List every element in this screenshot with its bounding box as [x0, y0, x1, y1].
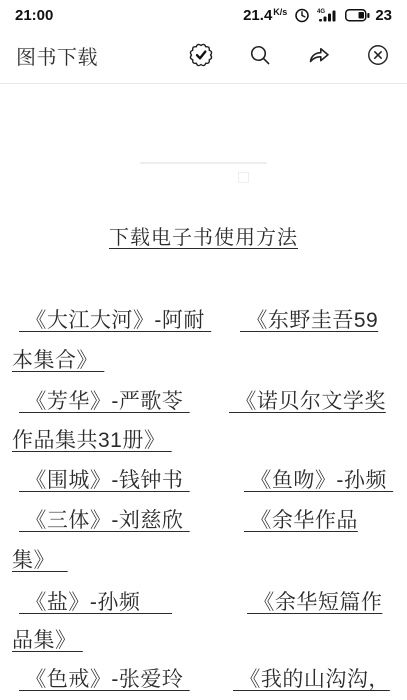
- book-link[interactable]: 《鱼吻》-孙频: [244, 464, 393, 494]
- signal-label: 4G: [317, 9, 325, 15]
- share-icon[interactable]: [306, 42, 332, 68]
- book-line: 《大江大河》-阿耐 《东野圭吾59: [0, 304, 407, 336]
- book-link[interactable]: 《诺贝尔文学奖: [229, 385, 386, 415]
- book-line: 作品集共31册》: [0, 424, 407, 456]
- book-link[interactable]: 《余华短篇作: [247, 586, 382, 616]
- network-speed-unit: K/s: [273, 8, 287, 17]
- close-icon[interactable]: [365, 42, 391, 68]
- app-header: 图书下载: [0, 27, 407, 84]
- search-icon[interactable]: [247, 42, 273, 68]
- status-bar: 21:00 21.4K/s 4G: [0, 0, 407, 27]
- image-placeholder: [238, 172, 249, 183]
- book-line: 《盐》-孙频 《余华短篇作: [0, 586, 407, 618]
- book-link[interactable]: 《大江大河》-阿耐: [19, 304, 211, 334]
- book-line: 《芳华》-严歌苓 《诺贝尔文学奖: [0, 385, 407, 417]
- book-link[interactable]: 《芳华》-严歌苓: [19, 385, 190, 415]
- battery-icon: [345, 9, 370, 22]
- signal-4g-icon: 4G: [317, 7, 338, 23]
- battery-percent: 23: [375, 7, 392, 24]
- book-link[interactable]: 《盐》-孙频: [19, 586, 172, 616]
- book-link[interactable]: 作品集共31册》: [12, 424, 172, 454]
- book-line: 集》: [0, 544, 407, 576]
- book-line: 品集》: [0, 624, 407, 656]
- page-title: 图书下载: [16, 41, 98, 70]
- alarm-icon: [294, 7, 310, 23]
- network-speed: 21.4K/s: [243, 7, 287, 24]
- clock-time: 21:00: [15, 7, 53, 24]
- verified-badge-icon[interactable]: [188, 42, 214, 68]
- book-link[interactable]: 品集》: [12, 624, 83, 654]
- book-link[interactable]: 集》: [12, 544, 68, 574]
- book-line: 《围城》-钱钟书 《鱼吻》-孙频: [0, 464, 407, 496]
- book-link[interactable]: 本集合》: [12, 344, 104, 374]
- book-link[interactable]: 《围城》-钱钟书: [19, 464, 190, 494]
- book-line: 《色戒》-张爱玲 《我的山沟沟，: [0, 663, 407, 695]
- content-divider: [140, 162, 267, 164]
- book-link[interactable]: 《色戒》-张爱玲: [19, 663, 190, 693]
- usage-guide-link[interactable]: 下载电子书使用方法: [0, 221, 407, 250]
- book-line: 《三体》-刘慈欣 《余华作品: [0, 504, 407, 536]
- book-link[interactable]: 《我的山沟沟，: [233, 663, 390, 693]
- book-link[interactable]: 《余华作品: [244, 504, 358, 534]
- book-link[interactable]: 《东野圭吾59: [240, 304, 378, 334]
- book-link[interactable]: 《三体》-刘慈欣: [19, 504, 190, 534]
- book-line: 本集合》: [0, 344, 407, 376]
